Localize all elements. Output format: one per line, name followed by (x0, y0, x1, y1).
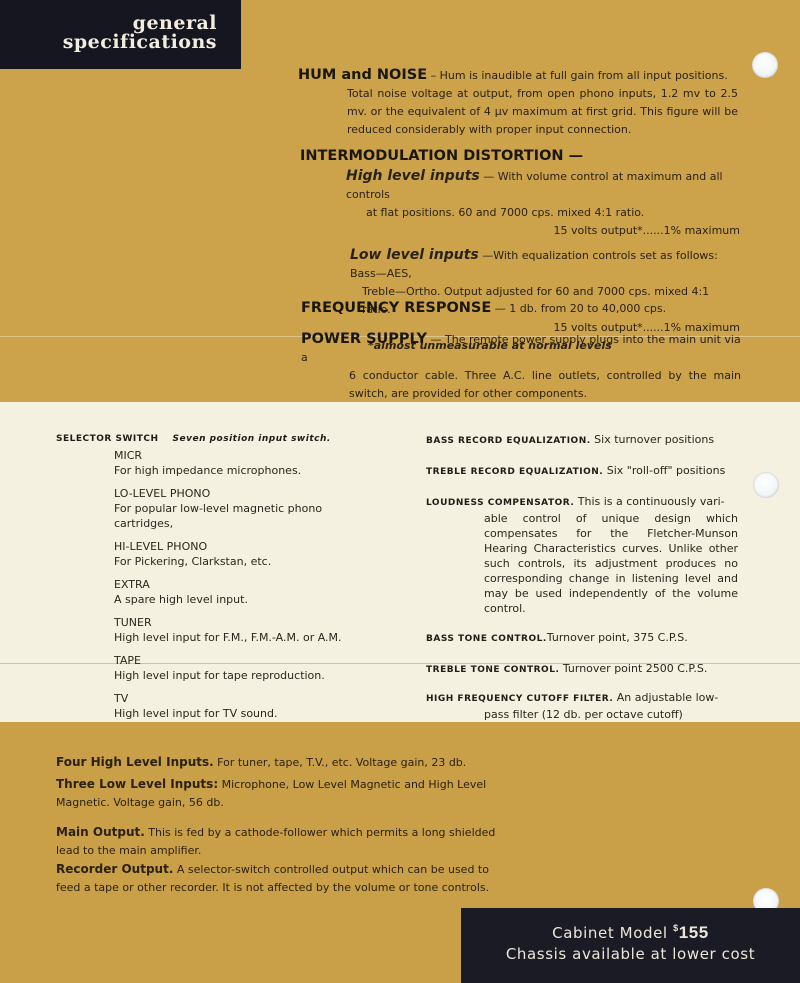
model-label: Cabinet Model (552, 924, 673, 942)
control-spec: HIGH FREQUENCY CUTOFF FILTER. An adjusta… (426, 690, 738, 722)
option-description: High level input for tape reproduction. (114, 668, 376, 683)
control-text: This is a continuously vari- (574, 495, 724, 508)
control-spec: TREBLE RECORD EQUALIZATION. Six "roll-of… (426, 463, 738, 480)
price-box: Cabinet Model $155 Chassis available at … (461, 908, 800, 983)
option-name: HI-LEVEL PHONO (114, 539, 376, 554)
control-label: HIGH FREQUENCY CUTOFF FILTER. (426, 694, 613, 704)
control-text: Turnover point 2500 C.P.S. (559, 662, 707, 675)
option-description: A spare high level input. (114, 592, 376, 607)
selector-option: LO-LEVEL PHONOFor popular low-level magn… (114, 486, 376, 531)
control-text: Six turnover positions (591, 433, 714, 446)
spec-text: — 1 db. from 20 to 40,000 cps. (491, 302, 666, 315)
control-spec: BASS RECORD EQUALIZATION. Six turnover p… (426, 432, 738, 449)
spec-label: Three Low Level Inputs: (56, 777, 218, 791)
four-high-level-inputs: Four High Level Inputs. For tuner, tape,… (56, 753, 506, 772)
spec-power-supply: POWER SUPPLY — The remote power supply p… (301, 330, 741, 403)
control-description: pass filter (12 db. per octave cutoff) (426, 707, 738, 722)
selector-option: MICRFor high impedance microphones. (114, 448, 376, 478)
title-line-2: specifications (0, 33, 217, 52)
price-value: $155 (673, 923, 709, 942)
control-text: An adjustable low- (613, 691, 718, 704)
spec-frequency-response: FREQUENCY RESPONSE — 1 db. from 20 to 40… (301, 299, 741, 318)
punch-hole (752, 52, 778, 78)
spec-subheading: High level inputs (346, 168, 480, 184)
selector-option: TVHigh level input for TV sound. (114, 691, 376, 721)
spec-heading: POWER SUPPLY (301, 331, 427, 347)
main-output: Main Output. This is fed by a cathode-fo… (56, 823, 506, 860)
selector-options: MICRFor high impedance microphones.LO-LE… (56, 448, 376, 721)
outputs-section: Main Output. This is fed by a cathode-fo… (56, 823, 506, 897)
spec-intermodulation: INTERMODULATION DISTORTION — High level … (300, 147, 740, 355)
option-description: High level input for TV sound. (114, 706, 376, 721)
option-name: EXTRA (114, 577, 376, 592)
option-description: For Pickering, Clarkstan, etc. (114, 554, 376, 569)
control-description: able control of unique design which comp… (426, 511, 738, 616)
selector-heading: SELECTOR SWITCH (56, 434, 159, 444)
price-amount: 155 (679, 923, 709, 942)
option-name: LO-LEVEL PHONO (114, 486, 376, 501)
option-name: TUNER (114, 615, 376, 630)
spec-label: Recorder Output. (56, 862, 173, 876)
selector-option: HI-LEVEL PHONOFor Pickering, Clarkstan, … (114, 539, 376, 569)
control-label: TREBLE RECORD EQUALIZATION. (426, 467, 603, 477)
inputs-section: Four High Level Inputs. For tuner, tape,… (56, 753, 506, 812)
price-note: Chassis available at lower cost (461, 944, 800, 965)
option-name: TAPE (114, 653, 376, 668)
spec-heading: INTERMODULATION DISTORTION — (300, 147, 740, 165)
controls-section: BASS RECORD EQUALIZATION. Six turnover p… (426, 432, 738, 722)
option-description: For popular low-level magnetic phono car… (114, 501, 376, 531)
spec-result: 15 volts output*......1% maximum (300, 222, 740, 240)
control-spec: LOUDNESS COMPENSATOR. This is a continuo… (426, 494, 738, 616)
selector-switch-section: SELECTOR SWITCHSeven position input swit… (56, 434, 376, 721)
recorder-output: Recorder Output. A selector-switch contr… (56, 860, 506, 897)
control-text: Turnover point, 375 C.P.S. (547, 631, 688, 644)
option-name: TV (114, 691, 376, 706)
control-label: LOUDNESS COMPENSATOR. (426, 498, 574, 508)
spec-subheading: Low level inputs (350, 247, 479, 263)
control-label: TREBLE TONE CONTROL. (426, 665, 559, 675)
selector-option: TAPEHigh level input for tape reproducti… (114, 653, 376, 683)
spec-heading: HUM and NOISE (298, 67, 427, 83)
spec-text: – Hum is inaudible at full gain from all… (427, 69, 728, 82)
control-spec: BASS TONE CONTROL.Turnover point, 375 C.… (426, 630, 738, 647)
control-text: Six "roll-off" positions (603, 464, 725, 477)
spec-label: Main Output. (56, 825, 145, 839)
spec-body: 6 conductor cable. Three A.C. line outle… (301, 367, 741, 403)
selector-option: EXTRAA spare high level input. (114, 577, 376, 607)
control-label: BASS RECORD EQUALIZATION. (426, 436, 591, 446)
selector-subheading: Seven position input switch. (173, 434, 331, 444)
spec-hum-noise: HUM and NOISE – Hum is inaudible at full… (298, 66, 738, 139)
spec-text: at flat positions. 60 and 7000 cps. mixe… (300, 204, 740, 222)
option-description: High level input for F.M., F.M.-A.M. or … (114, 630, 376, 645)
control-spec: TREBLE TONE CONTROL. Turnover point 2500… (426, 661, 738, 678)
three-low-level-inputs: Three Low Level Inputs: Microphone, Low … (56, 775, 506, 812)
control-label: BASS TONE CONTROL. (426, 634, 547, 644)
option-description: For high impedance microphones. (114, 463, 376, 478)
option-name: MICR (114, 448, 376, 463)
page-title: general specifications (0, 0, 241, 69)
selector-option: TUNERHigh level input for F.M., F.M.-A.M… (114, 615, 376, 645)
spec-body: Total noise voltage at output, from open… (298, 85, 738, 139)
spec-label: Four High Level Inputs. (56, 755, 214, 769)
punch-hole (753, 472, 779, 498)
spec-heading: FREQUENCY RESPONSE (301, 300, 491, 316)
spec-text: For tuner, tape, T.V., etc. Voltage gain… (214, 756, 467, 769)
